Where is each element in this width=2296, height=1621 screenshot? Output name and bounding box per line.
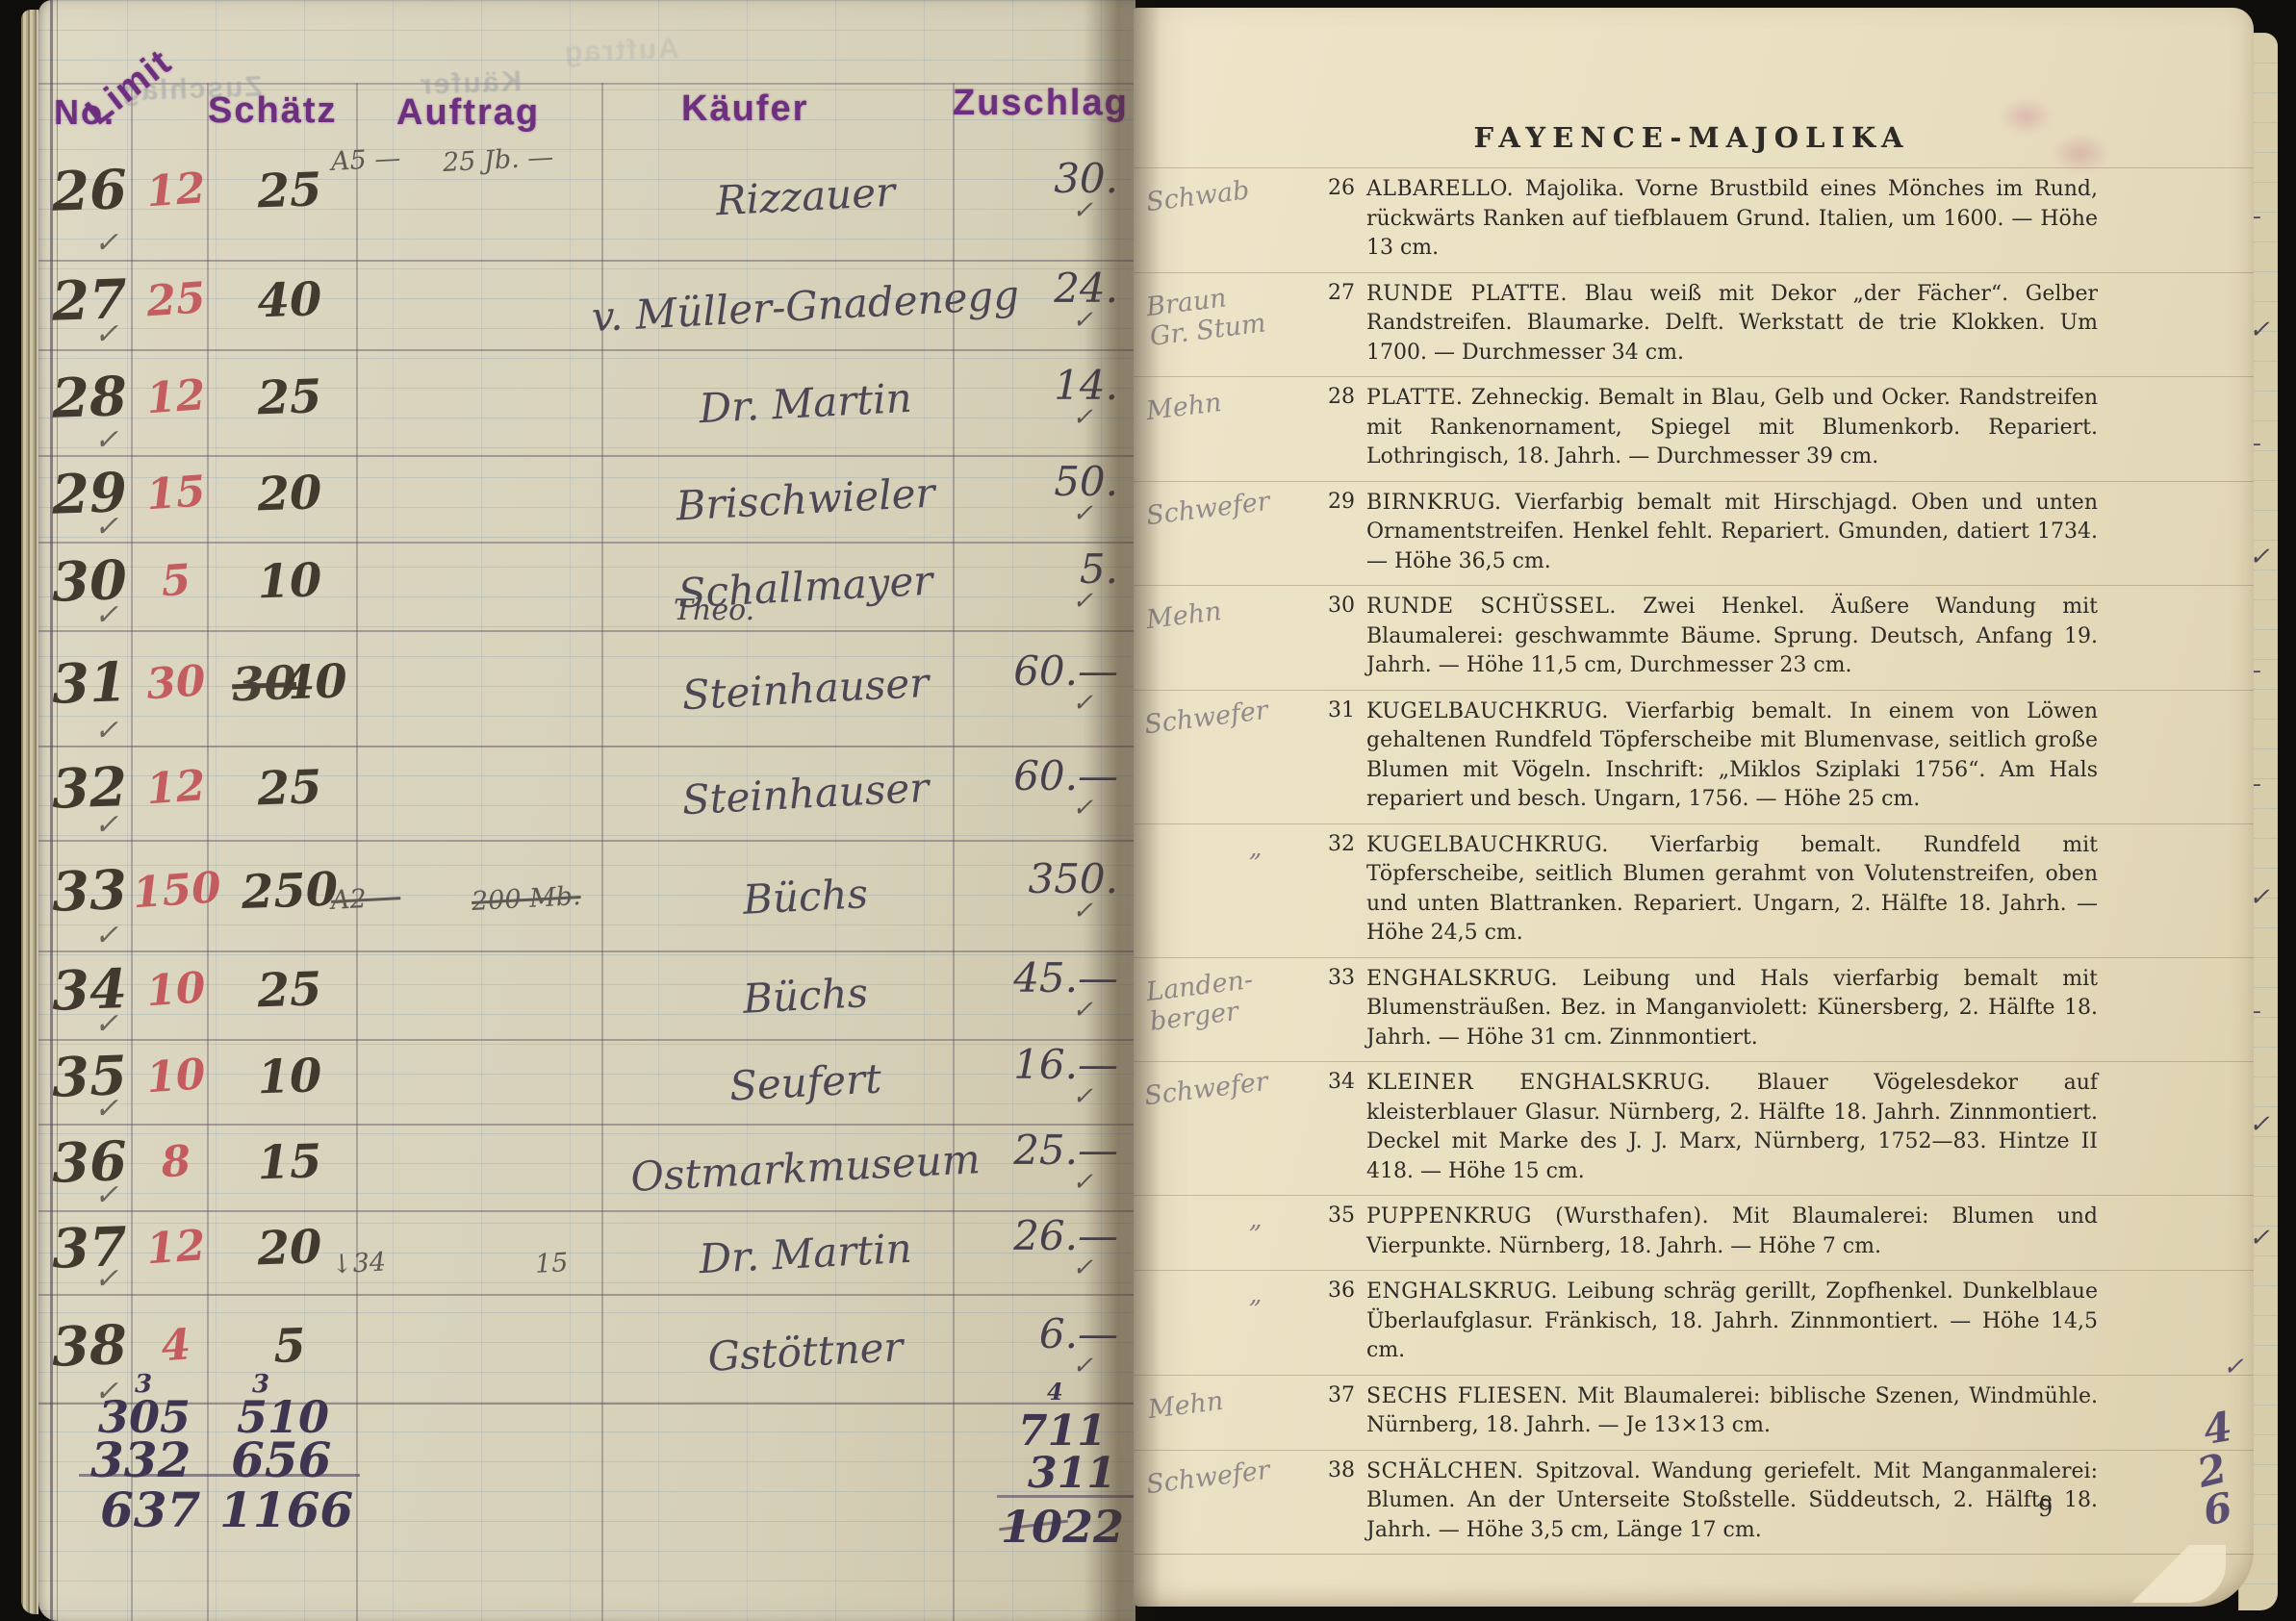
entry-title: SCHÄLCHEN. xyxy=(1366,1459,1524,1483)
ledger-row: 38✓45Gstöttner6.—✓ xyxy=(38,1294,1135,1408)
estimate-value: 25 xyxy=(226,368,353,427)
lot-number: 34 xyxy=(51,957,136,1024)
buyer-name-second-line: Theo. xyxy=(674,594,754,627)
tally-checkmark: ✓ xyxy=(2223,1353,2244,1381)
catalog-page: FAYENCE-MAJOLIKA Schwab26ALBARELLO. Majo… xyxy=(1134,8,2254,1607)
row-checkmark: ✓ xyxy=(94,423,118,457)
catalog-entry: „35PUPPENKRUG (Wursthafen). Mit Blaumale… xyxy=(1134,1195,2254,1270)
column-header-auftrag: Auftrag xyxy=(396,92,540,134)
catalog-entry: Mehn37SECHS FLIESEN. Mit Blaumalerei: bi… xyxy=(1134,1375,2254,1450)
entry-body: Zehneckig. Bemalt in Blau, Gelb und Ocke… xyxy=(1366,386,2098,469)
catalog-entry: Schwefer29BIRNKRUG. Vierfarbig bemalt mi… xyxy=(1134,481,2254,586)
lot-number: 28 xyxy=(51,365,136,431)
estimate-value: 40 xyxy=(226,271,353,330)
entry-description: KLEINER ENGHALSKRUG. Blauer Vögelesdekor… xyxy=(1366,1069,2098,1186)
order-note: 15 xyxy=(534,1248,569,1279)
entry-description: PLATTE. Zehneckig. Bemalt in Blau, Gelb … xyxy=(1366,384,2098,472)
catalog-entry: Landen- berger33ENGHALSKRUG. Leibung und… xyxy=(1134,957,2254,1062)
lot-number: 33 xyxy=(51,857,136,924)
bleed-through-text: Auftrag xyxy=(562,33,679,69)
limit-value: 12 xyxy=(131,369,220,424)
limit-value: 10 xyxy=(131,962,220,1017)
ledger-row: 29✓1520Brischwieler50.✓ xyxy=(38,455,1135,544)
entry-description: SECHS FLIESEN. Mit Blaumalerei: biblisch… xyxy=(1366,1382,2098,1441)
limit-value: 30 xyxy=(131,655,220,710)
entry-number: 36 xyxy=(1305,1278,1355,1366)
entry-title: ENGHALSKRUG. xyxy=(1366,967,1558,991)
catalog-entry: Mehn30RUNDE SCHÜSSEL. Zwei Henkel. Äußer… xyxy=(1134,585,2254,690)
page-edge-stack xyxy=(21,10,38,1614)
ledger-row: 31✓303040Steinhauser60.—✓ xyxy=(38,630,1135,747)
limit-subtotal: 332 xyxy=(90,1431,191,1488)
ledger-row: 35✓1010Seufert16.—✓ xyxy=(38,1039,1135,1126)
consignor-name: Mehn xyxy=(1144,584,1298,689)
limit-value: 5 xyxy=(131,553,220,608)
lot-number: 38 xyxy=(51,1312,136,1379)
consignor-name: Landen- berger xyxy=(1144,956,1298,1061)
entry-number: 33 xyxy=(1305,965,1355,1053)
limit-value: 4 xyxy=(131,1318,220,1373)
limit-value: 12 xyxy=(131,1220,220,1275)
entry-title: SECHS FLIESEN. xyxy=(1366,1384,1568,1408)
row-checkmark: ✓ xyxy=(94,919,118,952)
entry-description: SCHÄLCHEN. Spitzoval. Wandung geriefelt.… xyxy=(1366,1457,2098,1546)
entry-description: KUGELBAUCHKRUG. Vierfarbig bemalt. Rundf… xyxy=(1366,831,2098,949)
ledger-row: 34✓1025Büchs45.—✓ xyxy=(38,950,1135,1041)
entry-title: ALBARELLO. xyxy=(1366,177,1514,201)
limit-value: 10 xyxy=(131,1049,220,1103)
consignor-name: Schwefer xyxy=(1144,1449,1298,1554)
ledger-row: 28✓1225Dr. Martin14.✓ xyxy=(38,349,1135,457)
entry-number: 35 xyxy=(1305,1203,1355,1261)
schaetz-total: 1166 xyxy=(219,1482,353,1538)
consignor-name: Schwab xyxy=(1144,166,1298,271)
row-checkmark: ✓ xyxy=(94,1178,118,1212)
lot-number: 27 xyxy=(51,266,136,333)
limit-value: 12 xyxy=(131,760,220,815)
limit-total: 637 xyxy=(100,1482,200,1538)
estimate-value: 10 xyxy=(226,1048,353,1106)
estimate-value: 25 xyxy=(226,961,353,1020)
lot-number: 29 xyxy=(51,461,136,527)
entry-description: RUNDE PLATTE. Blau weiß mit Dekor „der F… xyxy=(1366,280,2098,368)
order-note: ↓34 xyxy=(330,1247,387,1279)
ledger-row: 27✓2540v. Müller-Gnadenegg24.✓ xyxy=(38,260,1135,351)
catalog-entry: „36ENGHALSKRUG. Leibung schräg gerillt, … xyxy=(1134,1270,2254,1375)
entry-number: 26 xyxy=(1305,175,1355,264)
sum-rule xyxy=(79,1474,360,1477)
ditto-mark: „ xyxy=(1149,1203,1293,1261)
limit-value: 12 xyxy=(131,163,220,217)
entry-description: ENGHALSKRUG. Leibung und Hals vierfarbig… xyxy=(1366,965,2098,1053)
row-checkmark: ✓ xyxy=(94,226,118,260)
book-gutter xyxy=(1084,0,1161,1621)
catalog-section-title: FAYENCE-MAJOLIKA xyxy=(1316,121,2067,154)
lot-number: 26 xyxy=(51,158,136,224)
ledger-row: 37✓1220↓3415Dr. Martin26.—✓ xyxy=(38,1210,1135,1296)
ledger-row: 30✓510SchallmayerTheo.5.✓ xyxy=(38,542,1135,632)
row-checkmark: ✓ xyxy=(94,510,118,544)
consignor-name: Braun Gr. Stum xyxy=(1144,271,1298,376)
limit-value: 150 xyxy=(131,863,220,918)
estimate-value: 15 xyxy=(226,1133,353,1192)
row-checkmark: ✓ xyxy=(94,1262,118,1296)
limit-value: 8 xyxy=(131,1134,220,1189)
page-corner-fold xyxy=(2101,1545,2226,1603)
consignor-name: Schwefer xyxy=(1142,1060,1300,1194)
entry-description: RUNDE SCHÜSSEL. Zwei Henkel. Äußere Wand… xyxy=(1366,593,2098,681)
consignor-name: Mehn xyxy=(1146,1374,1296,1450)
entry-number: 38 xyxy=(1305,1457,1355,1546)
column-header-schaetz: Schätz xyxy=(208,90,337,132)
entry-number: 37 xyxy=(1305,1382,1355,1441)
catalog-entry: Schwefer34KLEINER ENGHALSKRUG. Blauer Vö… xyxy=(1134,1061,2254,1195)
entry-description: PUPPENKRUG (Wursthafen). Mit Blaumalerei… xyxy=(1366,1203,2098,1261)
limit-value: 25 xyxy=(131,272,220,327)
entry-description: ENGHALSKRUG. Leibung schräg gerillt, Zop… xyxy=(1366,1278,2098,1366)
entry-number: 27 xyxy=(1305,280,1355,368)
estimate-value: 20 xyxy=(226,465,353,523)
lot-number: 32 xyxy=(51,755,136,822)
ledger-row: 36✓815Ostmarkmuseum25.—✓ xyxy=(38,1124,1135,1212)
catalog-entry: Schwefer31KUGELBAUCHKRUG. Vierfarbig bem… xyxy=(1134,690,2254,823)
ledger-row: 32✓1225Steinhauser60.—✓ xyxy=(38,746,1135,842)
ledger-row: 26✓1225A5 —25 Jb. —Rizzauer30.✓ xyxy=(38,135,1135,260)
row-checkmark: ✓ xyxy=(94,1092,118,1126)
catalog-entry: Schwefer38SCHÄLCHEN. Spitzoval. Wandung … xyxy=(1134,1450,2254,1555)
ditto-mark: „ xyxy=(1149,831,1293,949)
entry-title: KLEINER ENGHALSKRUG. xyxy=(1366,1071,1711,1095)
entry-title: RUNDE PLATTE. xyxy=(1366,282,1568,306)
catalog-entry: Braun Gr. Stum27RUNDE PLATTE. Blau weiß … xyxy=(1134,272,2254,377)
entry-number: 32 xyxy=(1305,831,1355,949)
entry-description: KUGELBAUCHKRUG. Vierfarbig bemalt. In ei… xyxy=(1366,697,2098,815)
consignor-name: Mehn xyxy=(1144,375,1298,480)
entry-title: KUGELBAUCHKRUG. xyxy=(1366,833,1609,857)
lot-number: 36 xyxy=(51,1129,136,1196)
catalog-entry: Mehn28PLATTE. Zehneckig. Bemalt in Blau,… xyxy=(1134,376,2254,481)
struck-estimate: 30 xyxy=(231,656,297,712)
schaetz-subtotal: 656 xyxy=(231,1431,331,1488)
page-number: 9 xyxy=(2038,1495,2053,1522)
entry-title: PUPPENKRUG (Wursthafen). xyxy=(1366,1204,1709,1228)
estimate-value: 3040 xyxy=(226,654,353,713)
order-note: A5 — xyxy=(330,143,401,177)
ink-smudge xyxy=(1980,85,2134,190)
consignor-name: Schwefer xyxy=(1142,689,1300,823)
ledger-row: 33✓150250A2 —200 Mb.Büchs350.✓ xyxy=(38,840,1135,952)
entry-number: 29 xyxy=(1305,489,1355,577)
entry-number: 30 xyxy=(1305,593,1355,681)
lot-number: 35 xyxy=(51,1044,136,1110)
entry-title: BIRNKRUG. xyxy=(1366,491,1502,515)
entry-number: 31 xyxy=(1305,697,1355,815)
order-note: A2 — xyxy=(330,882,401,916)
lot-number: 37 xyxy=(51,1214,136,1280)
catalog-entries: Schwab26ALBARELLO. Majolika. Vorne Brust… xyxy=(1134,167,2254,1555)
entry-title: ENGHALSKRUG. xyxy=(1366,1279,1558,1304)
row-checkmark: ✓ xyxy=(94,1007,118,1041)
estimate-value: 5 xyxy=(226,1317,353,1376)
column-header-kaeufer: Käufer xyxy=(681,89,808,130)
entry-title: RUNDE SCHÜSSEL. xyxy=(1366,595,1617,619)
row-checkmark: ✓ xyxy=(94,598,118,632)
ditto-mark: „ xyxy=(1149,1278,1293,1366)
catalog-entry: „32KUGELBAUCHKRUG. Vierfarbig bemalt. Ru… xyxy=(1134,823,2254,957)
entry-title: KUGELBAUCHKRUG. xyxy=(1366,699,1609,723)
ledger-page: Zuschlag Käufer Auftrag No. Limit Schätz… xyxy=(38,0,1135,1621)
limit-value: 15 xyxy=(131,466,220,520)
entry-number: 28 xyxy=(1305,384,1355,472)
lot-number: 30 xyxy=(51,548,136,615)
order-note: 25 Jb. — xyxy=(442,142,554,178)
entry-number: 34 xyxy=(1305,1069,1355,1186)
consignor-name: Schwefer xyxy=(1144,480,1298,585)
carry-digit: 4 xyxy=(1047,1378,1063,1406)
row-checkmark: ✓ xyxy=(94,808,118,842)
lot-number: 31 xyxy=(51,650,136,717)
estimate-value: 25 xyxy=(226,759,353,818)
scanned-auction-ledger: Zuschlag Käufer Auftrag No. Limit Schätz… xyxy=(0,0,2296,1621)
estimate-value: 10 xyxy=(226,552,353,611)
row-checkmark: ✓ xyxy=(94,714,118,747)
order-note: 200 Mb. xyxy=(471,881,581,917)
entry-description: BIRNKRUG. Vierfarbig bemalt mit Hirschja… xyxy=(1366,489,2098,577)
row-checkmark: ✓ xyxy=(94,317,118,351)
entry-title: PLATTE. xyxy=(1366,386,1463,410)
